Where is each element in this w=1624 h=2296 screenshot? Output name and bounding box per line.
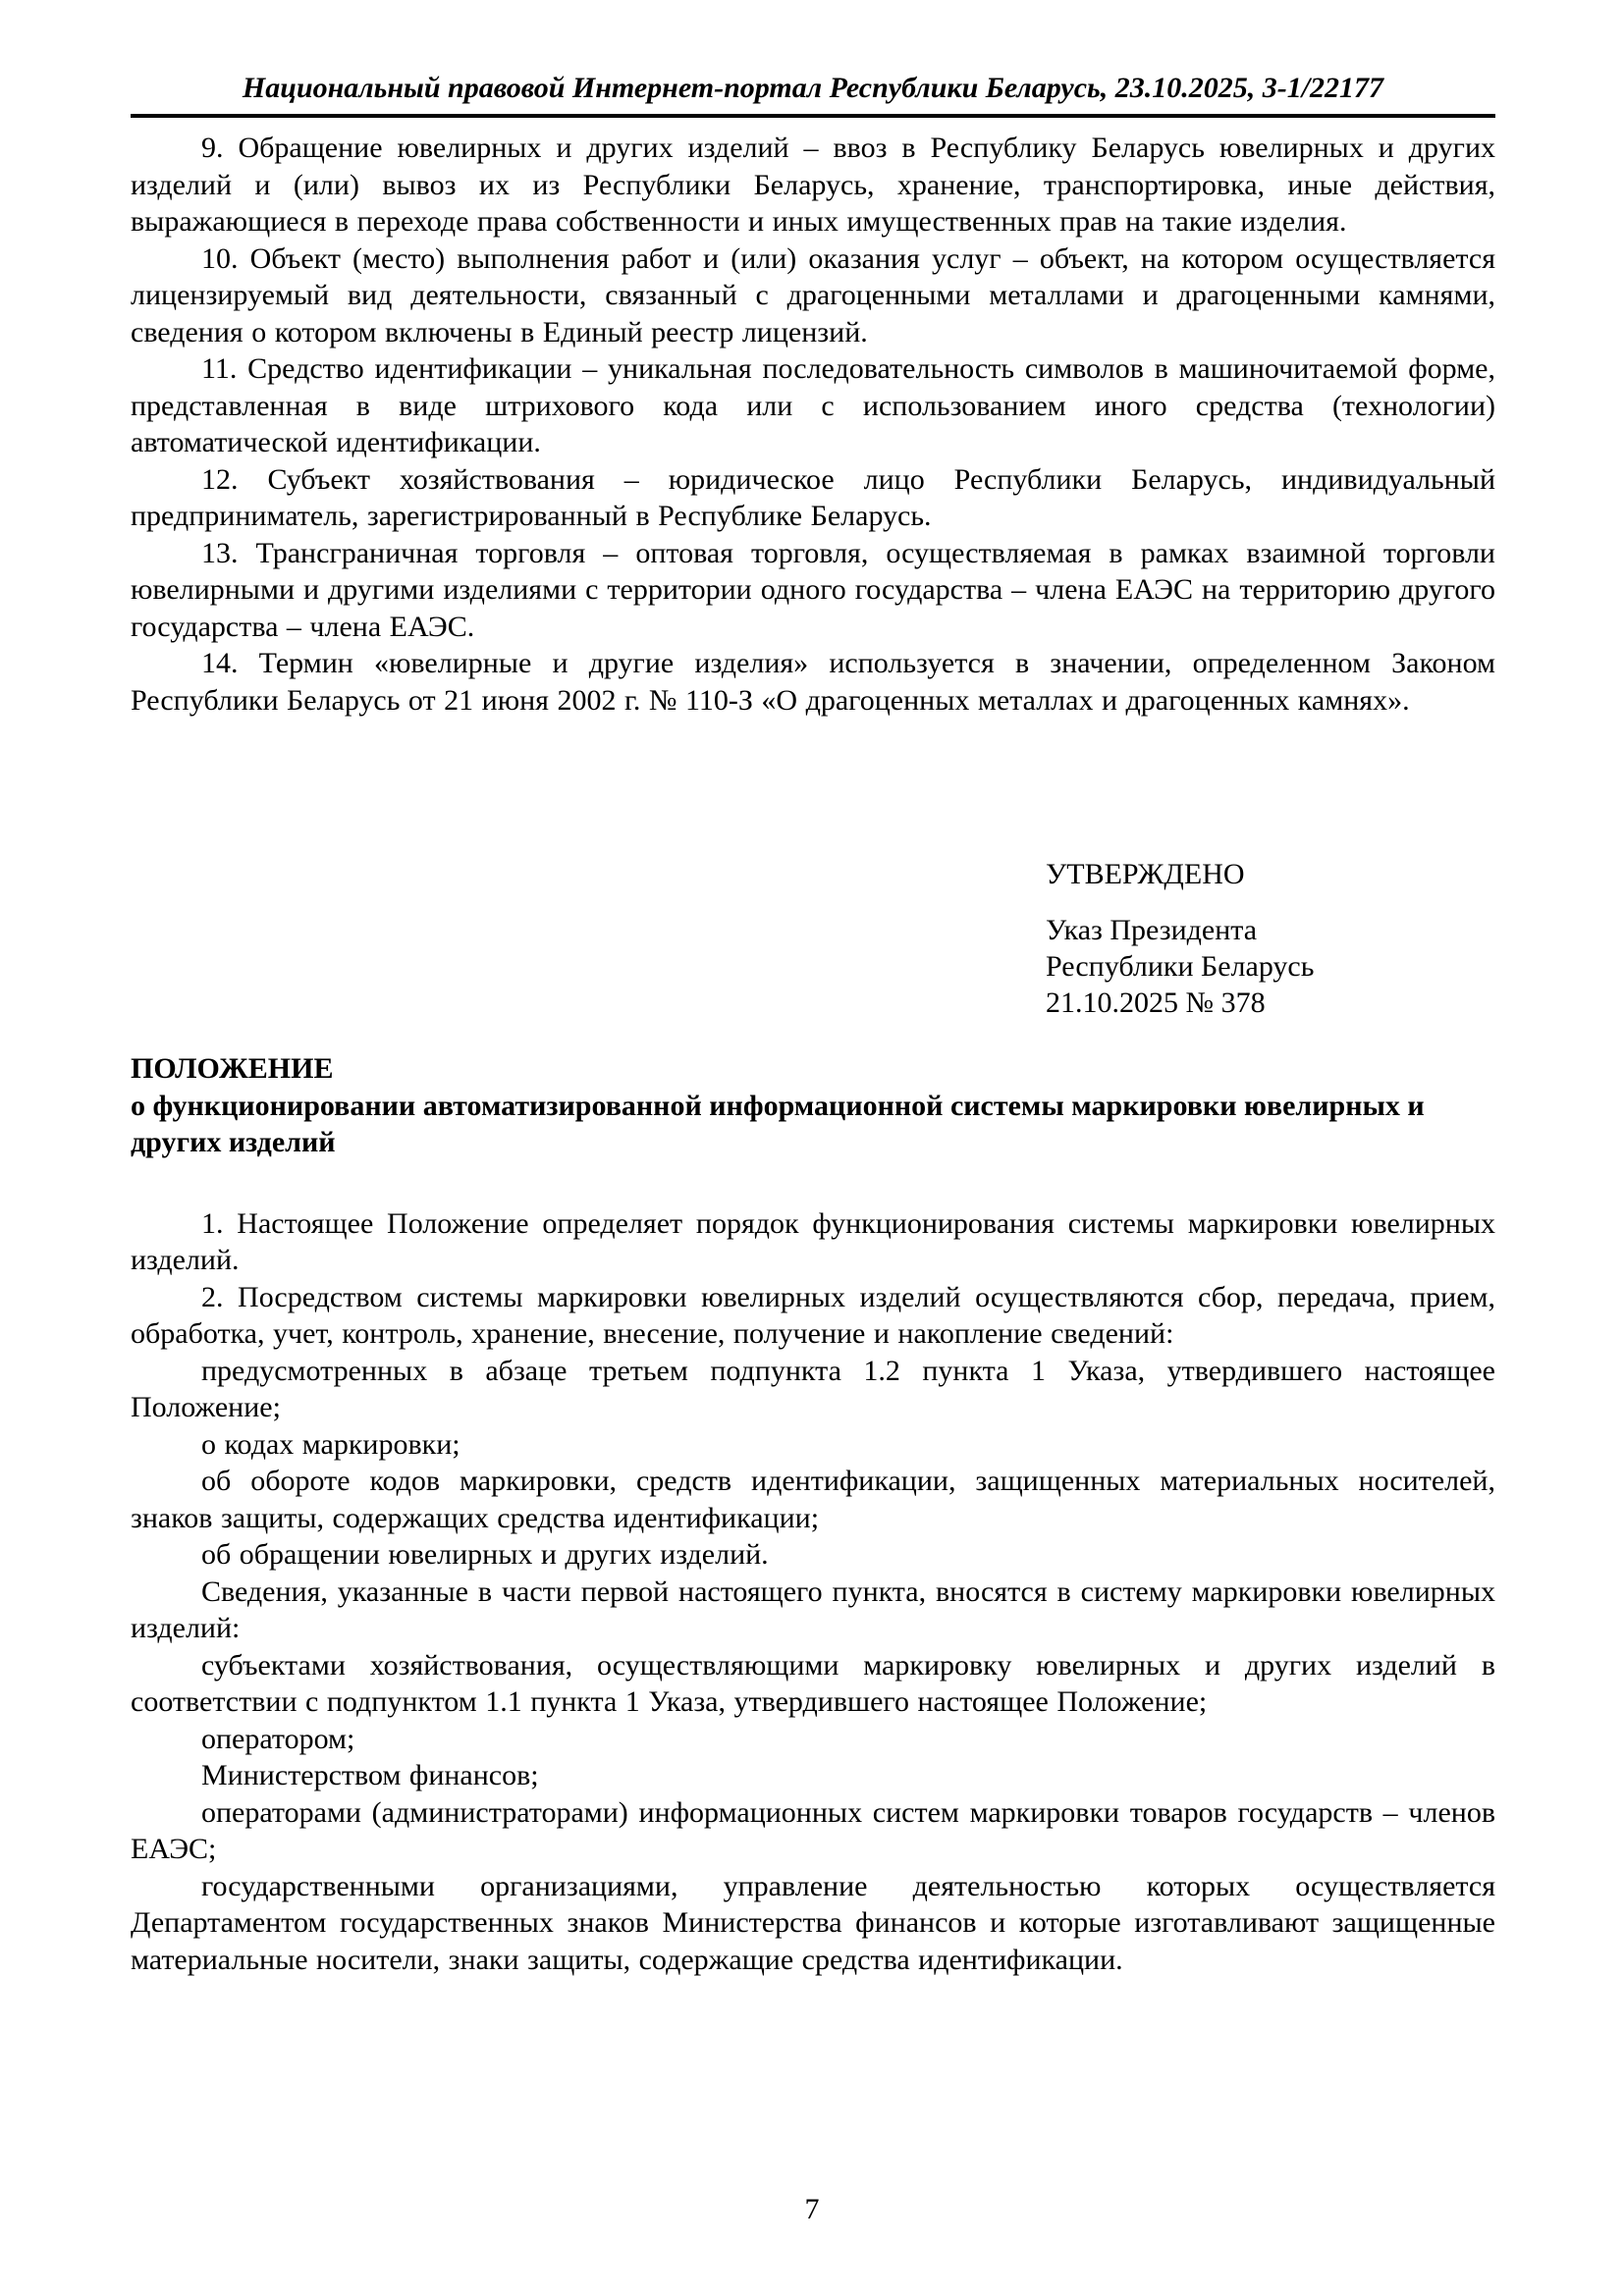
regulation-body: 1. Настоящее Положение определяет порядо… xyxy=(131,1205,1495,1979)
regulation-heading: ПОЛОЖЕНИЕ о функционировании автоматизир… xyxy=(131,1050,1495,1161)
paragraph-10: 10. Объект (место) выполнения работ и (и… xyxy=(131,240,1495,351)
paragraph-11: 11. Средство идентификации – уникальная … xyxy=(131,350,1495,461)
approval-line-2: Республики Беларусь xyxy=(1046,948,1495,985)
regulation-item-info-1: предусмотренных в абзаце третьем подпунк… xyxy=(131,1353,1495,1426)
regulation-paragraph-1: 1. Настоящее Положение определяет порядо… xyxy=(131,1205,1495,1279)
regulation-item-actor-5: государственными организациями, управлен… xyxy=(131,1868,1495,1979)
approval-line-3: 21.10.2025 № 378 xyxy=(1046,985,1495,1021)
regulation-paragraph-2: 2. Посредством системы маркировки ювелир… xyxy=(131,1279,1495,1353)
approval-line-1: Указ Президента xyxy=(1046,912,1495,948)
document-page: Национальный правовой Интернет-портал Ре… xyxy=(0,0,1624,2296)
page-number: 7 xyxy=(0,2192,1624,2227)
regulation-title: ПОЛОЖЕНИЕ xyxy=(131,1050,1495,1088)
definitions-section: 9. Обращение ювелирных и других изделий … xyxy=(131,130,1495,719)
paragraph-14: 14. Термин «ювелирные и другие изделия» … xyxy=(131,645,1495,719)
regulation-item-info-4: об обращении ювелирных и других изделий. xyxy=(131,1536,1495,1574)
portal-header: Национальный правовой Интернет-портал Ре… xyxy=(131,69,1495,118)
regulation-item-info-2: о кодах маркировки; xyxy=(131,1426,1495,1464)
approval-block: УТВЕРЖДЕНО Указ Президента Республики Бе… xyxy=(1046,856,1495,1021)
approval-title: УТВЕРЖДЕНО xyxy=(1046,856,1495,892)
regulation-item-actor-2: оператором; xyxy=(131,1721,1495,1758)
document-content: Национальный правовой Интернет-портал Ре… xyxy=(0,0,1624,1978)
portal-header-text: Национальный правовой Интернет-портал Ре… xyxy=(243,72,1383,104)
regulation-item-actor-4: операторами (администраторами) информаци… xyxy=(131,1794,1495,1868)
regulation-paragraph-entry: Сведения, указанные в части первой насто… xyxy=(131,1574,1495,1647)
regulation-item-actor-3: Министерством финансов; xyxy=(131,1757,1495,1794)
regulation-item-info-3: об обороте кодов маркировки, средств иде… xyxy=(131,1463,1495,1536)
regulation-subtitle: о функционировании автоматизированной ин… xyxy=(131,1088,1495,1161)
regulation-item-actor-1: субъектами хозяйствования, осуществляющи… xyxy=(131,1647,1495,1721)
paragraph-13: 13. Трансграничная торговля – оптовая то… xyxy=(131,535,1495,646)
paragraph-12: 12. Субъект хозяйствования – юридическое… xyxy=(131,461,1495,535)
paragraph-9: 9. Обращение ювелирных и других изделий … xyxy=(131,130,1495,240)
